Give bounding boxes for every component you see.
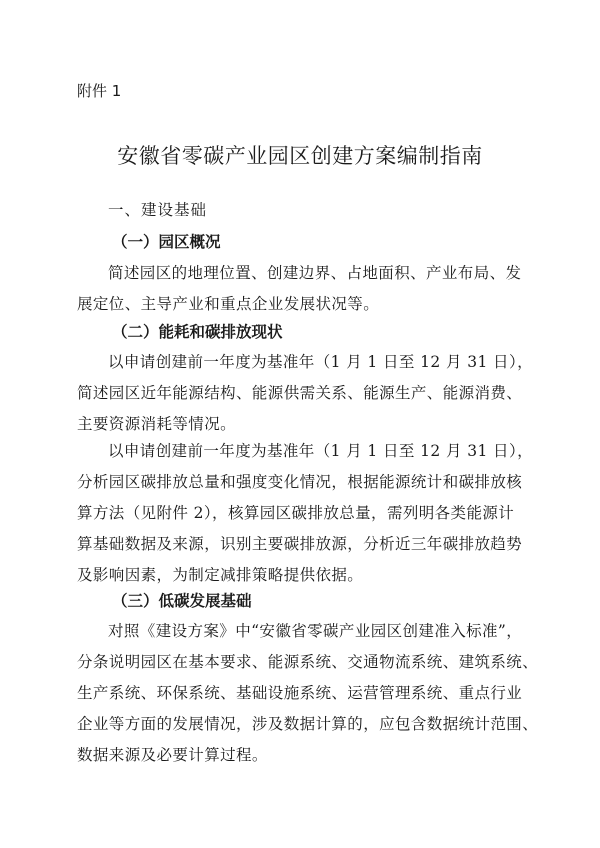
paragraph-line: 以申请创建前一年度为基准年（1 月 1 日至 12 月 31 日）， <box>77 436 537 467</box>
document-page: 附件 1 安徽省零碳产业园区创建方案编制指南 一、建设基础 （一）园区概况 简述… <box>0 0 600 848</box>
paragraph-line: 企业等方面的发展情况，涉及数据计算的，应包含数据统计范围、 <box>77 709 537 740</box>
paragraph-line: 以申请创建前一年度为基准年（1 月 1 日至 12 月 31 日）， <box>77 347 537 378</box>
section-heading-construction-basis: 一、建设基础 <box>108 199 207 221</box>
paragraph-energy-structure: 以申请创建前一年度为基准年（1 月 1 日至 12 月 31 日）， 简述园区近… <box>77 347 537 440</box>
paragraph-line: 简述园区的地理位置、创建边界、占地面积、产业布局、发 <box>77 258 537 289</box>
paragraph-line: 及影响因素，为制定减排策略提供依据。 <box>77 560 537 591</box>
paragraph-low-carbon-basis: 对照《建设方案》中“安徽省零碳产业园区创建准入标准”， 分条说明园区在基本要求、… <box>77 616 537 771</box>
subsection-heading-energy-carbon-status: （二）能耗和碳排放现状 <box>112 321 283 343</box>
paragraph-line: 算方法（见附件 2），核算园区碳排放总量，需列明各类能源计 <box>77 498 537 529</box>
attachment-label: 附件 1 <box>77 80 121 102</box>
paragraph-line: 数据来源及必要计算过程。 <box>77 740 537 771</box>
paragraph-line: 分条说明园区在基本要求、能源系统、交通物流系统、建筑系统、 <box>77 647 537 678</box>
paragraph-line: 展定位、主导产业和重点企业发展状况等。 <box>77 289 537 320</box>
subsection-heading-park-overview: （一）园区概况 <box>112 231 221 253</box>
paragraph-line: 对照《建设方案》中“安徽省零碳产业园区创建准入标准”， <box>77 616 537 647</box>
paragraph-line: 算基础数据及来源，识别主要碳排放源，分析近三年碳排放趋势 <box>77 529 537 560</box>
paragraph-line: 分析园区碳排放总量和强度变化情况，根据能源统计和碳排放核 <box>77 467 537 498</box>
paragraph-line: 简述园区近年能源结构、能源供需关系、能源生产、能源消费、 <box>77 378 537 409</box>
paragraph-park-overview: 简述园区的地理位置、创建边界、占地面积、产业布局、发 展定位、主导产业和重点企业… <box>77 258 537 320</box>
subsection-heading-low-carbon-basis: （三）低碳发展基础 <box>112 590 252 612</box>
document-title: 安徽省零碳产业园区创建方案编制指南 <box>0 141 600 171</box>
paragraph-carbon-emission-analysis: 以申请创建前一年度为基准年（1 月 1 日至 12 月 31 日）， 分析园区碳… <box>77 436 537 591</box>
paragraph-line: 生产系统、环保系统、基础设施系统、运营管理系统、重点行业 <box>77 678 537 709</box>
